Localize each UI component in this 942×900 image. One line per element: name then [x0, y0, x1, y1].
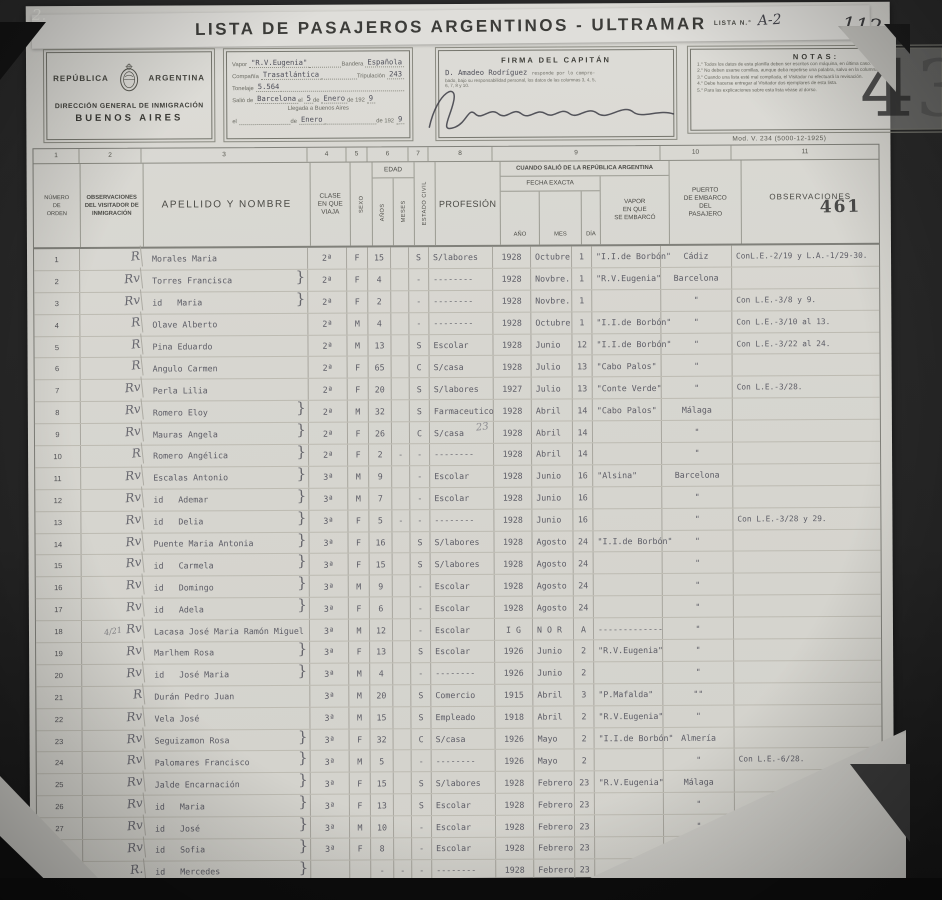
cell-vapor	[593, 487, 662, 508]
cell-observaciones	[733, 464, 880, 486]
cell-edad-meses	[393, 554, 411, 575]
cell-sexo: F	[348, 379, 369, 400]
cell-profesion: --------	[430, 444, 494, 465]
cell-puerto: Málaga	[662, 399, 733, 420]
cell-fecha-mes: Junio	[533, 640, 574, 661]
cell-nombre: Romero Eloy}	[143, 401, 309, 423]
llegada-de192-label: de 192	[376, 118, 394, 124]
family-group-brace: }	[297, 640, 307, 658]
col-number: 1	[33, 149, 79, 163]
cell-sexo: F	[349, 598, 370, 619]
cell-estado-civil: -	[409, 269, 429, 290]
cell-vapor: -------------	[594, 618, 663, 639]
tonelaje-label: Tonelaje	[232, 86, 254, 92]
cell-puerto: ""	[663, 683, 734, 704]
cell-edad-meses	[394, 729, 412, 750]
cell-estado-civil: -	[410, 510, 430, 531]
cell-puerto: "	[663, 574, 734, 595]
col-number: 11	[731, 145, 878, 160]
cell-fecha-ano: I G	[495, 619, 533, 640]
header-boxes: REPÚBLICA ARGENTINA DIRECCIÓN GENERAL DE…	[46, 47, 942, 140]
cell-fecha-ano: 1928	[495, 553, 533, 574]
family-group-brace: }	[296, 399, 306, 417]
cell-puerto: "	[662, 486, 733, 507]
header-cuando-salio: CUANDO SALIÓ DE LA REPÚBLICA ARGENTINA	[501, 161, 669, 177]
cell-fecha-dia: 1	[572, 268, 592, 289]
cell-estado-civil: S	[410, 400, 430, 421]
cell-fecha-dia: 24	[574, 597, 594, 618]
cell-vapor: "Cabo Palos"	[593, 399, 662, 420]
cell-edad-meses	[392, 400, 410, 421]
cell-nombre: Mauras Angela}	[143, 423, 309, 445]
cell-fecha-mes: Octubre	[531, 312, 572, 333]
header-ano: AÑO	[501, 192, 540, 245]
cell-edad-anos: 4	[368, 313, 391, 334]
cell-fecha-ano: 1928	[494, 400, 532, 421]
cell-clase: 3ª	[310, 707, 349, 728]
compania-label: Compañía	[232, 74, 259, 80]
cell-fecha-ano: 1926	[496, 750, 534, 771]
cell-clase: 3ª	[309, 466, 348, 487]
column-labels-row: NÚMERO DE ORDEN OBSERVACIONES DEL VISITA…	[34, 160, 879, 247]
header-anos: AÑOS	[379, 203, 387, 221]
cell-estado-civil: S	[410, 379, 430, 400]
cell-observaciones: Con L.E.-3/10 al 13.	[732, 310, 879, 332]
cell-edad-meses	[393, 685, 411, 706]
cell-nombre: Angulo Carmen	[143, 357, 309, 379]
cell-sexo: M	[348, 466, 369, 487]
cell-puerto: "	[661, 311, 732, 332]
cell-sexo: F	[348, 510, 369, 531]
cell-puerto: "	[663, 618, 734, 639]
cell-clase: 3ª	[309, 510, 348, 531]
col-number: 2	[79, 149, 141, 163]
cell-edad-meses	[392, 532, 410, 553]
vapor-value: "R.V.Eugenia"	[249, 58, 309, 68]
cell-observaciones	[734, 617, 881, 639]
cell-puerto: "	[663, 705, 734, 726]
cell-numero: 16	[36, 577, 82, 598]
cell-observaciones	[734, 661, 881, 683]
cell-numero: 26	[37, 796, 83, 817]
cell-profesion: --------	[429, 312, 493, 333]
form-model-number: Mod. V. 234 (5000-12-1925)	[732, 135, 826, 142]
cell-edad-anos: 15	[370, 554, 393, 575]
family-group-brace: }	[297, 487, 307, 505]
cell-estado-civil: -	[411, 619, 431, 640]
cell-nombre: Lacasa José Maria Ramón Miguel	[144, 620, 310, 642]
cell-edad-meses	[392, 488, 410, 509]
cell-numero: 24	[37, 752, 83, 773]
llegada-el-label: el	[232, 119, 237, 125]
cell-estado-civil: C	[410, 422, 430, 443]
cell-fecha-dia: 2	[575, 750, 595, 771]
cell-estado-civil: -	[409, 313, 429, 334]
cell-estado-civil: -	[409, 291, 429, 312]
cell-nombre: id José Maria}	[144, 664, 310, 686]
cell-profesion: S/labores	[430, 531, 494, 552]
cell-edad-meses	[394, 795, 412, 816]
cell-profesion: S/casa	[430, 356, 494, 377]
cell-edad-meses	[394, 751, 412, 772]
cell-edad-meses	[393, 707, 411, 728]
cell-edad-anos: 20	[370, 685, 393, 706]
cell-edad-anos: 15	[368, 247, 391, 268]
cell-fecha-dia: 1	[572, 246, 592, 267]
cell-fecha-ano: 1928	[496, 772, 534, 793]
cell-puerto: "	[662, 421, 733, 442]
de192-label: de 192	[347, 98, 365, 104]
cell-edad-meses	[392, 466, 410, 487]
cell-clase: 3ª	[310, 620, 349, 641]
cell-fecha-ano: 1928	[495, 597, 533, 618]
family-group-brace: }	[296, 268, 306, 286]
cell-fecha-ano: 1928	[493, 334, 531, 355]
family-group-brace: }	[297, 508, 307, 526]
cell-profesion: Escolar	[430, 488, 494, 509]
cell-nombre: Marlhem Rosa}	[144, 642, 310, 664]
cell-clase: 2ª	[309, 401, 348, 422]
cell-fecha-ano: 1928	[494, 487, 532, 508]
cell-edad-anos: 7	[369, 488, 392, 509]
header-meses: MESES	[400, 201, 408, 223]
cell-puerto: "	[661, 333, 732, 354]
family-group-brace: }	[298, 662, 308, 680]
cell-observaciones	[734, 551, 881, 573]
cell-edad-meses	[393, 598, 411, 619]
cell-edad-anos: 4	[370, 663, 393, 684]
cell-nombre: Romero Angélica}	[143, 445, 309, 467]
salio-anio: 9	[367, 94, 375, 104]
cell-edad-meses	[392, 379, 410, 400]
cell-fecha-ano: 1926	[495, 663, 533, 684]
header-numero-orden: NÚMERO DE ORDEN	[34, 164, 81, 247]
cell-estado-civil: -	[411, 663, 431, 684]
cell-estado-civil: C	[412, 729, 432, 750]
cell-sexo: F	[348, 357, 369, 378]
cell-fecha-dia: 12	[572, 334, 592, 355]
header-puerto-embarco: PUERTO DE EMBARCO DEL PASAJERO	[670, 161, 742, 244]
cell-estado-civil: S	[411, 707, 431, 728]
cell-vapor	[594, 552, 663, 573]
cell-observaciones: Con L.E.-3/8 y 9.	[732, 289, 879, 311]
cell-edad-meses	[394, 773, 412, 794]
cell-vapor: "I.I.de Borbón"	[592, 334, 661, 355]
cell-numero: 25	[37, 774, 83, 795]
cell-edad-anos: 2	[368, 291, 391, 312]
header-observaciones: OBSERVACIONES 461	[742, 160, 879, 244]
cell-fecha-ano: 1928	[494, 356, 532, 377]
cell-vapor	[594, 596, 663, 617]
cell-clase: 3ª	[310, 576, 349, 597]
cell-observaciones	[733, 354, 880, 376]
cell-fecha-mes: N O R	[533, 619, 574, 640]
cell-edad-anos: 13	[370, 641, 393, 662]
cell-fecha-dia: 13	[573, 356, 593, 377]
cell-edad-anos: 4	[368, 269, 391, 290]
cell-fecha-mes: Octubre	[531, 246, 572, 267]
header-cuando-salio-group: CUANDO SALIÓ DE LA REPÚBLICA ARGENTINA F…	[501, 161, 670, 245]
cell-fecha-dia: 14	[573, 421, 593, 442]
cell-profesion: Comercio	[431, 685, 495, 706]
argentina-label: ARGENTINA	[148, 73, 205, 82]
cell-vapor	[595, 749, 664, 770]
cell-fecha-dia: 14	[573, 400, 593, 421]
salio-puerto: Barcelona	[255, 94, 298, 104]
corner-pencil-note: 2.	[32, 6, 46, 24]
cell-edad-meses	[394, 816, 412, 837]
cell-edad-anos: 12	[370, 619, 393, 640]
pencil-annotation: 4/21	[104, 625, 123, 637]
cell-sexo: M	[348, 401, 369, 422]
cell-fecha-dia: 16	[573, 487, 593, 508]
cell-nombre: id José}	[145, 817, 311, 839]
cell-edad-anos: 5	[371, 751, 394, 772]
cell-fecha-ano: 1928	[495, 575, 533, 596]
cell-edad-meses	[392, 422, 410, 443]
cell-edad-anos: 15	[370, 707, 393, 728]
cell-fecha-dia: 23	[575, 794, 595, 815]
cell-fecha-mes: Julio	[532, 378, 573, 399]
cell-sexo: M	[347, 335, 368, 356]
cell-profesion: Empleado	[431, 707, 495, 728]
coat-of-arms-icon	[116, 63, 142, 93]
cell-estado-civil: -	[410, 444, 430, 465]
cell-edad-anos: 9	[370, 576, 393, 597]
cell-fecha-dia: 13	[573, 378, 593, 399]
cell-edad-meses	[391, 269, 409, 290]
cell-sexo: F	[350, 839, 371, 860]
cell-clase: 2ª	[308, 248, 347, 269]
cell-fecha-mes: Novbre.	[531, 290, 572, 311]
cell-nombre: Puente Maria Antonia}	[143, 532, 309, 554]
cell-numero: 3	[34, 293, 80, 314]
cell-edad-anos: 9	[369, 466, 392, 487]
cell-nombre: id Maria}	[142, 292, 308, 314]
cell-sexo: M	[350, 751, 371, 772]
cell-vapor	[592, 290, 661, 311]
family-group-brace: }	[297, 552, 307, 570]
cell-edad-anos: 32	[369, 401, 392, 422]
cell-fecha-dia: 23	[575, 772, 595, 793]
direccion-label: DIRECCIÓN GENERAL DE INMIGRACIÓN	[53, 102, 205, 110]
title-strip: LISTA DE PASAJEROS ARGENTINOS - ULTRAMAR…	[32, 5, 870, 49]
cell-observaciones	[735, 726, 882, 748]
cell-edad-meses: -	[392, 510, 410, 531]
cell-sexo: F	[348, 532, 369, 553]
cell-fecha-ano: 1915	[495, 684, 533, 705]
cell-estado-civil: S	[412, 794, 432, 815]
document-title: LISTA DE PASAJEROS ARGENTINOS - ULTRAMAR	[32, 12, 870, 42]
cell-edad-anos: 2	[369, 444, 392, 465]
cell-numero: 14	[35, 534, 81, 555]
cell-vapor: "Alsina"	[593, 465, 662, 486]
cell-clase: 3ª	[311, 817, 350, 838]
cell-estado-civil: C	[410, 357, 430, 378]
cell-observaciones	[733, 529, 880, 551]
cell-edad-anos: 32	[371, 729, 394, 750]
cell-edad-anos: 65	[369, 357, 392, 378]
cell-fecha-ano: 1928	[494, 509, 532, 530]
cell-nombre: Seguizamon Rosa}	[145, 729, 311, 751]
cell-fecha-mes: Novbre.	[531, 268, 572, 289]
cell-puerto: Barcelona	[662, 464, 733, 485]
cell-fecha-mes: Abril	[533, 684, 574, 705]
cell-puerto: Almería	[664, 727, 735, 748]
cell-numero: 21	[36, 687, 82, 708]
cell-fecha-dia: 16	[573, 509, 593, 530]
cell-fecha-mes: Junio	[532, 509, 573, 530]
cell-fecha-mes: Agosto	[533, 553, 574, 574]
cell-nombre: id Delia}	[143, 510, 309, 532]
cell-clase: 2ª	[309, 445, 348, 466]
cell-estado-civil: S	[411, 554, 431, 575]
family-group-brace: }	[298, 727, 308, 745]
cell-edad-anos: 6	[370, 598, 393, 619]
cell-clase: 2ª	[308, 269, 347, 290]
cell-observaciones: Con L.E.-3/22 al 24.	[732, 332, 879, 354]
cell-estado-civil: S	[409, 247, 429, 268]
cell-profesion: Escolar	[432, 794, 496, 815]
cell-edad-anos: 26	[369, 422, 392, 443]
cell-profesion: Escolar	[431, 619, 495, 640]
cell-sexo: M	[347, 313, 368, 334]
cell-nombre: Jalde Encarnación}	[145, 773, 311, 795]
bandera-value: Española	[365, 57, 404, 67]
cell-profesion: Escolar	[432, 838, 496, 859]
cell-profesion: S/labores	[430, 378, 494, 399]
cell-sexo: M	[348, 488, 369, 509]
cell-fecha-mes: Abril	[532, 443, 573, 464]
cell-puerto: "	[662, 443, 733, 464]
republica-label: REPÚBLICA	[53, 73, 109, 82]
cell-fecha-mes: Abril	[532, 422, 573, 443]
cell-numero: 8	[35, 402, 81, 423]
cell-nombre: Perla Lilia	[143, 379, 309, 401]
cell-edad-meses	[391, 313, 409, 334]
cell-nombre: Palomares Francisco}	[145, 751, 311, 773]
cell-profesion: Escolar	[432, 816, 496, 837]
header-profesion: PROFESIÓN	[436, 162, 501, 245]
cell-nombre: id Maria}	[145, 795, 311, 817]
cell-clase: 3ª	[309, 532, 348, 553]
cell-fecha-mes: Junio	[533, 662, 574, 683]
cell-profesion: Escolar	[430, 466, 494, 487]
cell-estado-civil: S	[411, 685, 431, 706]
cell-fecha-mes: Mayo	[534, 750, 575, 771]
cell-vapor: "I.I.de Borbón"	[592, 312, 661, 333]
cell-profesion: S/labores	[432, 772, 496, 793]
header-fecha-exacta: FECHA EXACTA	[501, 176, 600, 192]
cell-clase: 3ª	[310, 598, 349, 619]
cell-nombre: Vela José	[144, 707, 310, 729]
cell-sexo: F	[350, 773, 371, 794]
cell-clase: 3ª	[311, 795, 350, 816]
cell-puerto: "	[663, 552, 734, 573]
cell-nombre: id Carmela}	[144, 554, 310, 576]
cell-estado-civil: -	[411, 597, 431, 618]
cell-sexo: F	[347, 291, 368, 312]
cell-estado-civil: -	[412, 751, 432, 772]
cell-sexo: F	[348, 444, 369, 465]
cell-clase: 3ª	[311, 773, 350, 794]
observaciones-stamp: 461	[819, 202, 861, 211]
cell-numero: 18	[36, 621, 82, 642]
cell-nombre: id Domingo}	[144, 576, 310, 598]
col-number: 9	[492, 146, 660, 161]
cell-nombre: Durán Pedro Juan	[144, 686, 310, 708]
cell-vapor	[593, 421, 662, 442]
cell-edad-meses	[393, 663, 411, 684]
llegada-anio: 9	[396, 114, 404, 124]
cell-fecha-dia: 3	[574, 684, 594, 705]
cell-puerto: "	[662, 377, 733, 398]
list-number-stamp: 43	[859, 54, 942, 125]
header-estado-civil: ESTADO CIVIL	[421, 182, 429, 226]
cell-fecha-ano: 1928	[496, 794, 534, 815]
col-number: 8	[428, 147, 492, 161]
cell-numero: 2	[34, 271, 80, 292]
cell-fecha-mes: Agosto	[533, 575, 574, 596]
cell-fecha-ano: 1926	[495, 641, 533, 662]
cell-numero: 15	[36, 555, 82, 576]
cell-clase: 3ª	[310, 685, 349, 706]
cell-puerto: "	[662, 355, 733, 376]
cell-observaciones	[733, 398, 880, 420]
cell-fecha-dia: 24	[574, 575, 594, 596]
cell-numero: 13	[35, 512, 81, 533]
header-mes: MES	[540, 191, 582, 244]
cell-clase: 3ª	[310, 664, 349, 685]
cell-fecha-mes: Julio	[532, 356, 573, 377]
cell-nombre: Olave Alberto	[142, 313, 308, 335]
cell-nombre: id Ademar}	[143, 489, 309, 511]
cell-sexo: F	[347, 269, 368, 290]
cell-estado-civil: -	[410, 466, 430, 487]
cell-observaciones: Con L.E.-3/28.	[733, 376, 880, 398]
cell-sexo: F	[349, 642, 370, 663]
header-apellido-nombre: APELLIDO Y NOMBRE	[144, 163, 311, 247]
col-number: 6	[367, 147, 408, 161]
cell-profesion: --------	[430, 510, 494, 531]
cell-edad-meses	[392, 357, 410, 378]
cell-fecha-mes: Junio	[532, 465, 573, 486]
tonelaje-value: 5.564	[256, 82, 282, 92]
tripulacion-label: Tripulación	[357, 74, 385, 80]
notas-box: NOTAS: 1.° Todos los datos de esta plani…	[690, 47, 942, 130]
cell-sexo: F	[348, 423, 369, 444]
cell-sexo: F	[347, 247, 368, 268]
header-fecha-exacta-group: FECHA EXACTA AÑO MES DÍA	[501, 176, 601, 245]
cell-puerto: Cádiz	[661, 246, 732, 267]
salio-label: Salió de	[232, 98, 253, 104]
cell-profesion: Escolar	[429, 334, 493, 355]
scanned-document-photo: 2. LISTA DE PASAJEROS ARGENTINOS - ULTRA…	[0, 0, 942, 900]
cell-clase: 3ª	[310, 642, 349, 663]
cell-vapor	[594, 662, 663, 683]
cell-clase: 2ª	[308, 335, 347, 356]
cell-sexo: M	[349, 620, 370, 641]
cell-vapor	[594, 574, 663, 595]
cell-numero: 23	[37, 731, 83, 752]
cell-edad-anos: 13	[368, 335, 391, 356]
cell-clase: 3ª	[310, 554, 349, 575]
cell-vapor: "R.V.Eugenia"	[592, 268, 661, 289]
cell-observaciones	[734, 595, 881, 617]
firma-capitan-title: FIRMA DEL CAPITÁN	[445, 55, 667, 65]
header-edad: EDAD	[373, 162, 414, 178]
cell-fecha-ano: 1928	[494, 444, 532, 465]
